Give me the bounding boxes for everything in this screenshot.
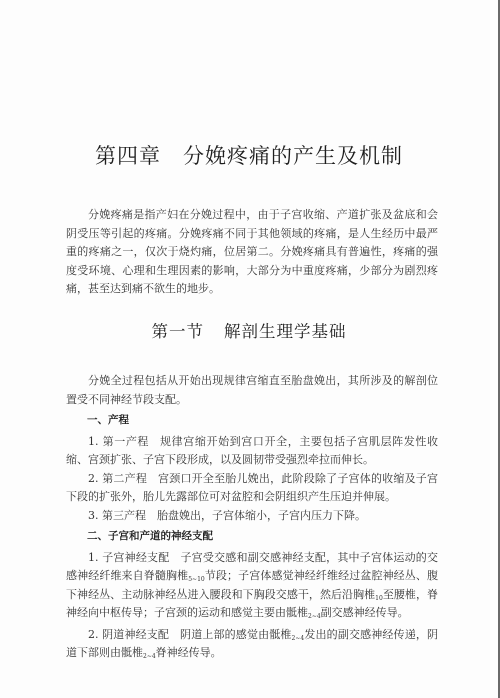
section-intro-paragraph: 分娩全过程包括从开始出现规律宫缩直至胎盘娩出，其所涉及的解剖位置受不同神经节段支… <box>66 372 438 409</box>
chapter-title: 第四章分娩疼痛的产生及机制 <box>0 140 498 170</box>
vertebra-subscript: 10 <box>375 595 383 602</box>
chapter-number: 第四章 <box>95 144 161 168</box>
vertebra-subscript: 2~4 <box>308 613 321 620</box>
stage-2-term: 2. 第二产程 <box>88 472 147 485</box>
stage-3-term: 3. 第三产程 <box>88 509 146 522</box>
uterus-text-4: 副交感神经传导。 <box>321 606 409 619</box>
stage-3-text: 胎盘娩出，子宫体缩小，子宫内压力下降。 <box>157 509 366 522</box>
stage-2-paragraph: 2. 第二产程宫颈口开全至胎儿娩出，此阶段除了子宫体的收缩及子宫下段的扩张外，胎… <box>66 470 438 507</box>
chapter-name: 分娩疼痛的产生及机制 <box>183 144 403 168</box>
vertebra-subscript: 2~4 <box>143 653 156 660</box>
subsection-heading-labor-stages: 一、产程 <box>66 411 438 430</box>
stage-1-paragraph: 1. 第一产程规律宫缩开始到宫口开全，主要包括子宫肌层阵发性收缩、宫颈扩张、子宫… <box>66 433 438 470</box>
vagina-text-1: 阴道上部的感觉由骶椎 <box>180 628 292 641</box>
section-body: 分娩全过程包括从开始出现规律宫缩直至胎盘娩出，其所涉及的解剖位置受不同神经节段支… <box>66 372 438 663</box>
vagina-innervation-paragraph: 2. 阴道神经支配阴道上部的感觉由骶椎2~4发出的副交感神经传递，阴道下部则由骶… <box>66 626 438 663</box>
stage-1-term: 1. 第一产程 <box>88 435 149 448</box>
intro-block: 分娩疼痛是指产妇在分娩过程中，由于子宫收缩、产道扩张及盆底和会阴受压等引起的疼痛… <box>66 206 438 299</box>
subsection-heading-innervation: 二、子宫和产道的神经支配 <box>66 527 438 546</box>
section-title: 第一节解剖生理学基础 <box>0 318 498 342</box>
uterus-innervation-term: 1. 子宫神经支配 <box>88 551 169 564</box>
uterus-innervation-paragraph: 1. 子宫神经支配子宫受交感和副交感神经支配，其中子宫体运动的交感神经纤维来自脊… <box>66 549 438 623</box>
intro-paragraph: 分娩疼痛是指产妇在分娩过程中，由于子宫收缩、产道扩张及盆底和会阴受压等引起的疼痛… <box>66 206 438 299</box>
vertebra-subscript: 2~4 <box>292 635 305 642</box>
section-name: 解剖生理学基础 <box>224 322 347 341</box>
vertebra-subscript: 5~10 <box>188 576 204 583</box>
stage-3-paragraph: 3. 第三产程胎盘娩出，子宫体缩小，子宫内压力下降。 <box>66 507 438 526</box>
vagina-innervation-term: 2. 阴道神经支配 <box>88 628 169 641</box>
vagina-text-3: 脊神经传导。 <box>156 646 222 659</box>
document-page: 第四章分娩疼痛的产生及机制 分娩疼痛是指产妇在分娩过程中，由于子宫收缩、产道扩张… <box>0 0 500 698</box>
section-number: 第一节 <box>152 322 205 341</box>
